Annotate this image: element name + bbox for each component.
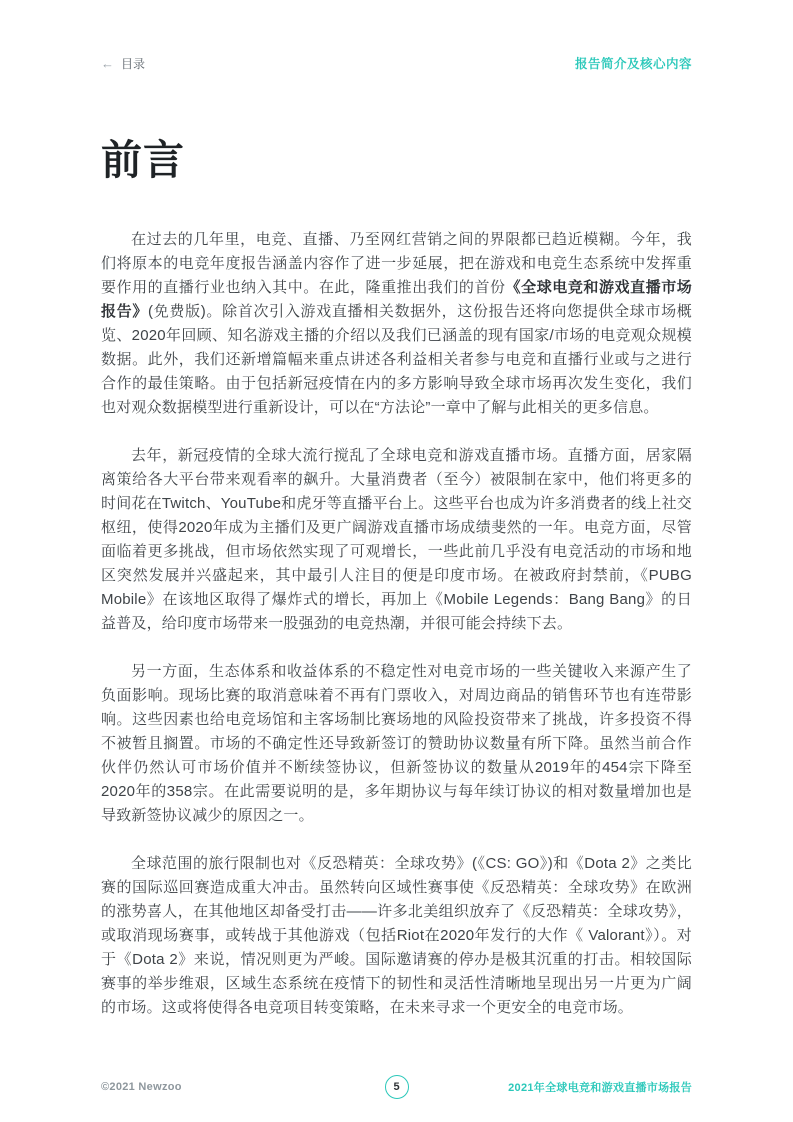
paragraph: 全球范围的旅行限制也对《反恐精英：全球攻势》(《CS: GO》)和《Dota 2… — [101, 852, 692, 1020]
copyright-text: ©2021 Newzoo — [101, 1081, 182, 1093]
paragraph-text: 另一方面，生态体系和收益体系的不稳定性对电竞市场的一些关键收入来源产生了负面影响… — [101, 663, 692, 824]
report-title-text: 2021年全球电竞和游戏直播市场报告 — [508, 1079, 692, 1095]
paragraph: 去年，新冠疫情的全球大流行搅乱了全球电竞和游戏直播市场。直播方面，居家隔离策给各… — [101, 444, 692, 636]
report-page: ← 目录 报告简介及核心内容 前言 在过去的几年里，电竞、直播、乃至网红营销之间… — [0, 0, 793, 1122]
back-arrow-icon: ← — [101, 57, 114, 70]
body-content: 在过去的几年里，电竞、直播、乃至网红营销之间的界限都已趋近模糊。今年，我们将原本… — [101, 228, 692, 1020]
paragraph: 另一方面，生态体系和收益体系的不稳定性对电竞市场的一些关键收入来源产生了负面影响… — [101, 660, 692, 828]
section-label: 报告简介及核心内容 — [575, 54, 692, 72]
page-number-badge: 5 — [385, 1075, 409, 1099]
paragraph-text: 全球范围的旅行限制也对《反恐精英：全球攻势》(《CS: GO》)和《Dota 2… — [101, 855, 692, 1016]
page-header: ← 目录 报告简介及核心内容 — [101, 54, 692, 72]
page-title: 前言 — [101, 138, 692, 183]
back-to-toc-link[interactable]: ← 目录 — [101, 55, 145, 72]
paragraph: 在过去的几年里，电竞、直播、乃至网红营销之间的界限都已趋近模糊。今年，我们将原本… — [101, 228, 692, 420]
back-link-label: 目录 — [121, 55, 145, 72]
page-footer: ©2021 Newzoo 5 2021年全球电竞和游戏直播市场报告 — [101, 1074, 692, 1100]
paragraph-text: 去年，新冠疫情的全球大流行搅乱了全球电竞和游戏直播市场。直播方面，居家隔离策给各… — [101, 447, 692, 632]
paragraph-text: (免费版)。除首次引入游戏直播相关数据外，这份报告还将向您提供全球市场概览、20… — [101, 303, 692, 416]
